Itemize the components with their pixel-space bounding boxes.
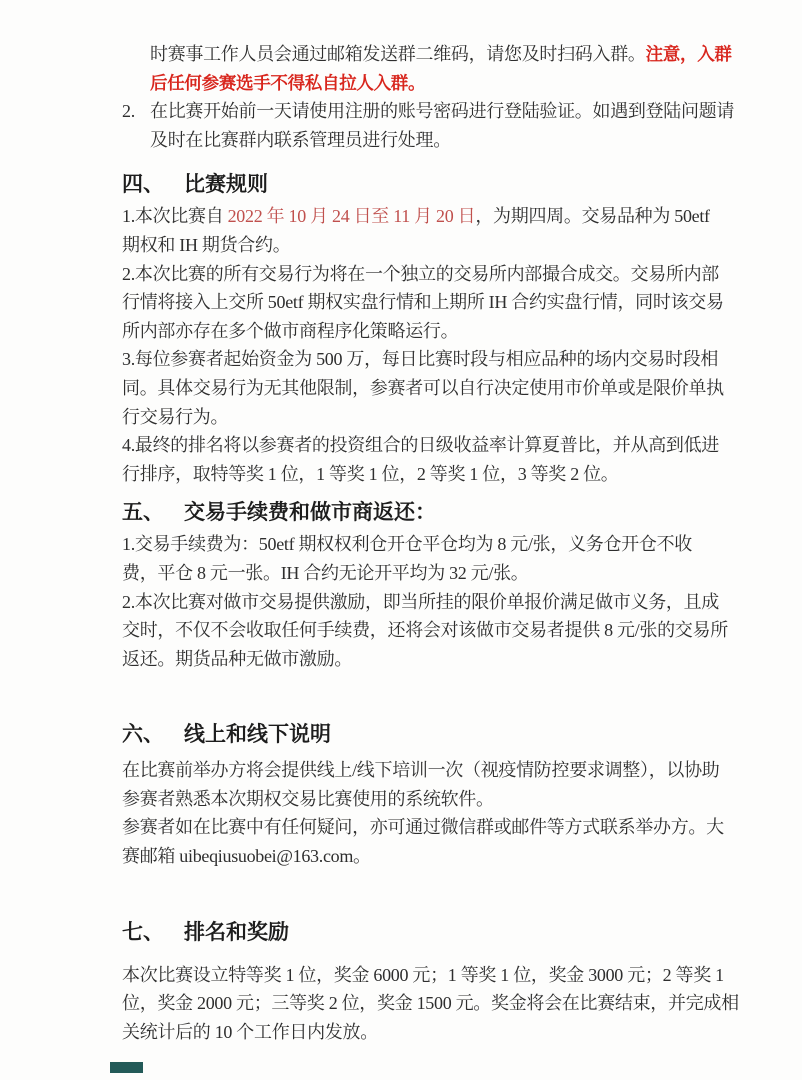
section-number: 七、 [122, 918, 184, 948]
doc-line: 赛邮箱 uibeqiusuobei@163.com。 [122, 842, 752, 871]
text-run: 1.本次比赛自 [122, 206, 228, 226]
doc-line: 2.在比赛开始前一天请使用注册的账号密码进行登陆验证。如遇到登陆问题请 [122, 97, 752, 126]
doc-line: 位，奖金 2000 元；三等奖 2 位，奖金 1500 元。奖金将会在比赛结束，… [122, 989, 752, 1018]
section-title: 线上和线下说明 [184, 723, 331, 746]
doc-line: 费，平仓 8 元一张。IH 合约无论开平均为 32 元/张。 [122, 559, 752, 588]
text-run: 期权和 IH 期货合约。 [122, 235, 290, 255]
doc-line: 2.本次比赛的所有交易行为将在一个独立的交易所内部撮合成交。交易所内部 [122, 260, 752, 289]
text-run: 在比赛开始前一天请使用注册的账号密码进行登陆验证。如遇到登陆问题请 [150, 101, 734, 121]
text-run: 在比赛前举办方将会提供线上/线下培训一次（视疫情防控要求调整），以协助 [122, 760, 720, 780]
doc-line: 时赛事工作人员会通过邮箱发送群二维码，请您及时扫码入群。注意，入群 [122, 40, 752, 69]
doc-line: 1.交易手续费为：50etf 期权权利仓开仓平仓均为 8 元/张，义务仓开仓不收 [122, 530, 752, 559]
text-run: 2.本次比赛的所有交易行为将在一个独立的交易所内部撮合成交。交易所内部 [122, 264, 719, 284]
text-run: 本次比赛设立特等奖 1 位，奖金 6000 元；1 等奖 1 位，奖金 3000… [122, 965, 724, 985]
doc-line: 及时在比赛群内联系管理员进行处理。 [122, 126, 752, 155]
date-text-run: 2022 年 10 月 24 日至 11 月 20 日 [228, 206, 476, 226]
text-run: 返还。期货品种无做市激励。 [122, 649, 352, 669]
section-title: 排名和奖励 [184, 921, 289, 944]
text-run: 1.交易手续费为：50etf 期权权利仓开仓平仓均为 8 元/张，义务仓开仓不收 [122, 534, 692, 554]
text-run: 时赛事工作人员会通过邮箱发送群二维码，请您及时扫码入群。 [150, 44, 646, 64]
doc-line: 2.本次比赛对做市交易提供激励，即当所挂的限价单报价满足做市义务，且成 [122, 588, 752, 617]
doc-line: 后任何参赛选手不得私自拉人入群。 [122, 69, 752, 98]
text-run: 赛邮箱 uibeqiusuobei@163.com。 [122, 846, 371, 866]
text-run: 行排序，取特等奖 1 位，1 等奖 1 位，2 等奖 1 位，3 等奖 2 位。 [122, 464, 619, 484]
text-run: 行情将接入上交所 50etf 期权实盘行情和上期所 IH 合约实盘行情，同时该交… [122, 292, 724, 312]
text-run: 行交易行为。 [122, 407, 228, 427]
text-run: 参赛者如在比赛中有任何疑问，亦可通过微信群或邮件等方式联系举办方。大 [122, 817, 724, 837]
text-run: 费，平仓 8 元一张。IH 合约无论开平均为 32 元/张。 [122, 563, 529, 583]
text-run: 所内部亦存在多个做市商程序化策略运行。 [122, 321, 458, 341]
doc-line: 参赛者熟悉本次期权交易比赛使用的系统软件。 [122, 785, 752, 814]
text-run: 关统计后的 10 个工作日内发放。 [122, 1022, 378, 1042]
list-item-number: 2. [122, 97, 135, 126]
doc-line: 本次比赛设立特等奖 1 位，奖金 6000 元；1 等奖 1 位，奖金 3000… [122, 961, 752, 990]
section-heading-seven: 七、排名和奖励 [122, 918, 752, 948]
section-heading-five: 五、交易手续费和做市商返还： [122, 498, 752, 528]
text-run: 交时，不仅不会收取任何手续费，还将会对该做市交易者提供 8 元/张的交易所 [122, 620, 728, 640]
section-number: 四、 [122, 170, 184, 200]
document-page: 时赛事工作人员会通过邮箱发送群二维码，请您及时扫码入群。注意，入群后任何参赛选手… [122, 40, 752, 1046]
text-run: 3.每位参赛者起始资金为 500 万，每日比赛时段与相应品种的场内交易时段相 [122, 349, 718, 369]
text-run: 及时在比赛群内联系管理员进行处理。 [150, 130, 451, 150]
text-run: 同。具体交易行为无其他限制，参赛者可以自行决定使用市价单或是限价单执 [122, 378, 724, 398]
doc-line: 1.本次比赛自 2022 年 10 月 24 日至 11 月 20 日，为期四周… [122, 202, 752, 231]
doc-line: 行交易行为。 [122, 403, 752, 432]
section-heading-six: 六、线上和线下说明 [122, 720, 752, 750]
text-run: 参赛者熟悉本次期权交易比赛使用的系统软件。 [122, 789, 494, 809]
doc-line: 同。具体交易行为无其他限制，参赛者可以自行决定使用市价单或是限价单执 [122, 374, 752, 403]
doc-line: 交时，不仅不会收取任何手续费，还将会对该做市交易者提供 8 元/张的交易所 [122, 616, 752, 645]
doc-line: 参赛者如在比赛中有任何疑问，亦可通过微信群或邮件等方式联系举办方。大 [122, 813, 752, 842]
doc-line: 行情将接入上交所 50etf 期权实盘行情和上期所 IH 合约实盘行情，同时该交… [122, 288, 752, 317]
section-number: 五、 [122, 498, 184, 528]
page-scan-mark [110, 1062, 143, 1073]
doc-line: 返还。期货品种无做市激励。 [122, 645, 752, 674]
alert-text-run: 注意，入群 [646, 44, 732, 64]
doc-line: 期权和 IH 期货合约。 [122, 231, 752, 260]
doc-line: 行排序，取特等奖 1 位，1 等奖 1 位，2 等奖 1 位，3 等奖 2 位。 [122, 460, 752, 489]
text-run: 4.最终的排名将以参赛者的投资组合的日级收益率计算夏普比，并从高到低进 [122, 435, 719, 455]
doc-line: 所内部亦存在多个做市商程序化策略运行。 [122, 317, 752, 346]
section-title: 交易手续费和做市商返还： [184, 501, 436, 524]
doc-line: 3.每位参赛者起始资金为 500 万，每日比赛时段与相应品种的场内交易时段相 [122, 345, 752, 374]
text-run: ，为期四周。交易品种为 50etf [475, 206, 709, 226]
doc-line: 在比赛前举办方将会提供线上/线下培训一次（视疫情防控要求调整），以协助 [122, 756, 752, 785]
doc-line: 4.最终的排名将以参赛者的投资组合的日级收益率计算夏普比，并从高到低进 [122, 431, 752, 460]
section-heading-four: 四、比赛规则 [122, 170, 752, 200]
section-number: 六、 [122, 720, 184, 750]
section-title: 比赛规则 [184, 173, 268, 196]
text-run: 2.本次比赛对做市交易提供激励，即当所挂的限价单报价满足做市义务，且成 [122, 592, 719, 612]
alert-text-run: 后任何参赛选手不得私自拉人入群。 [150, 73, 425, 93]
doc-line: 关统计后的 10 个工作日内发放。 [122, 1018, 752, 1047]
text-run: 位，奖金 2000 元；三等奖 2 位，奖金 1500 元。奖金将会在比赛结束，… [122, 993, 739, 1013]
